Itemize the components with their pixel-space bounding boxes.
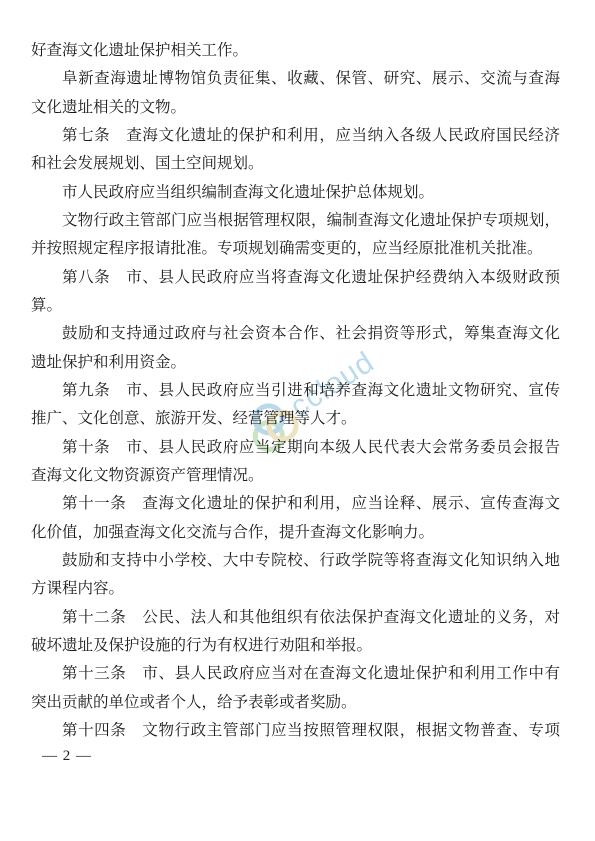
text-line: 遗址保护和利用资金。 <box>31 349 560 377</box>
text-line: 阜新查海遗址博物馆负责征集、收藏、保管、研究、展示、交流与查海 <box>31 65 560 93</box>
text-line: 突出贡献的单位或者个人，给予表彰或者奖励。 <box>31 689 560 717</box>
page-footer: — 2 — <box>42 748 92 765</box>
text-line: 鼓励和支持通过政府与社会资本合作、社会捐资等形式，筹集查海文化 <box>31 320 560 348</box>
text-line: 第十四条 文物行政主管部门应当按照管理权限，根据文物普查、专项 <box>31 717 560 745</box>
page-number: — 2 — <box>42 748 92 764</box>
text-line: 第九条 市、县人民政府应当引进和培养查海文化遗址文物研究、宣传 <box>31 377 560 405</box>
text-line: 推广、文化创意、旅游开发、经营管理等人才。 <box>31 405 560 433</box>
text-line: 化价值，加强查海文化交流与合作，提升查海文化影响力。 <box>31 519 560 547</box>
text-line: 破坏遗址及保护设施的行为有权进行劝阻和举报。 <box>31 632 560 660</box>
text-line: 好查海文化遗址保护相关工作。 <box>31 37 560 65</box>
text-line: 并按照规定程序报请批准。专项规划确需变更的，应当经原批准机关批准。 <box>31 235 560 263</box>
text-line: 第十二条 公民、法人和其他组织有依法保护查海文化遗址的义务，对 <box>31 604 560 632</box>
document-body: 好查海文化遗址保护相关工作。阜新查海遗址博物馆负责征集、收藏、保管、研究、展示、… <box>31 37 560 745</box>
text-line: 市人民政府应当组织编制查海文化遗址保护总体规划。 <box>31 179 560 207</box>
text-line: 第十三条 市、县人民政府应当对在查海文化遗址保护和利用工作中有 <box>31 660 560 688</box>
text-line: 第七条 查海文化遗址的保护和利用，应当纳入各级人民政府国民经济 <box>31 122 560 150</box>
text-line: 第十一条 查海文化遗址的保护和利用，应当诠释、展示、宣传查海文 <box>31 490 560 518</box>
text-line: 第八条 市、县人民政府应当将查海文化遗址保护经费纳入本级财政预 <box>31 264 560 292</box>
document-page: ccloud 好查海文化遗址保护相关工作。阜新查海遗址博物馆负责征集、收藏、保管… <box>0 0 595 841</box>
text-line: 文化遗址相关的文物。 <box>31 94 560 122</box>
text-line: 算。 <box>31 292 560 320</box>
text-line: 文物行政主管部门应当根据管理权限，编制查海文化遗址保护专项规划， <box>31 207 560 235</box>
text-line: 查海文化文物资源资产管理情况。 <box>31 462 560 490</box>
text-line: 第十条 市、县人民政府应当定期向本级人民代表大会常务委员会报告 <box>31 434 560 462</box>
text-line: 和社会发展规划、国土空间规划。 <box>31 150 560 178</box>
text-line: 鼓励和支持中小学校、大中专院校、行政学院等将查海文化知识纳入地 <box>31 547 560 575</box>
text-line: 方课程内容。 <box>31 575 560 603</box>
